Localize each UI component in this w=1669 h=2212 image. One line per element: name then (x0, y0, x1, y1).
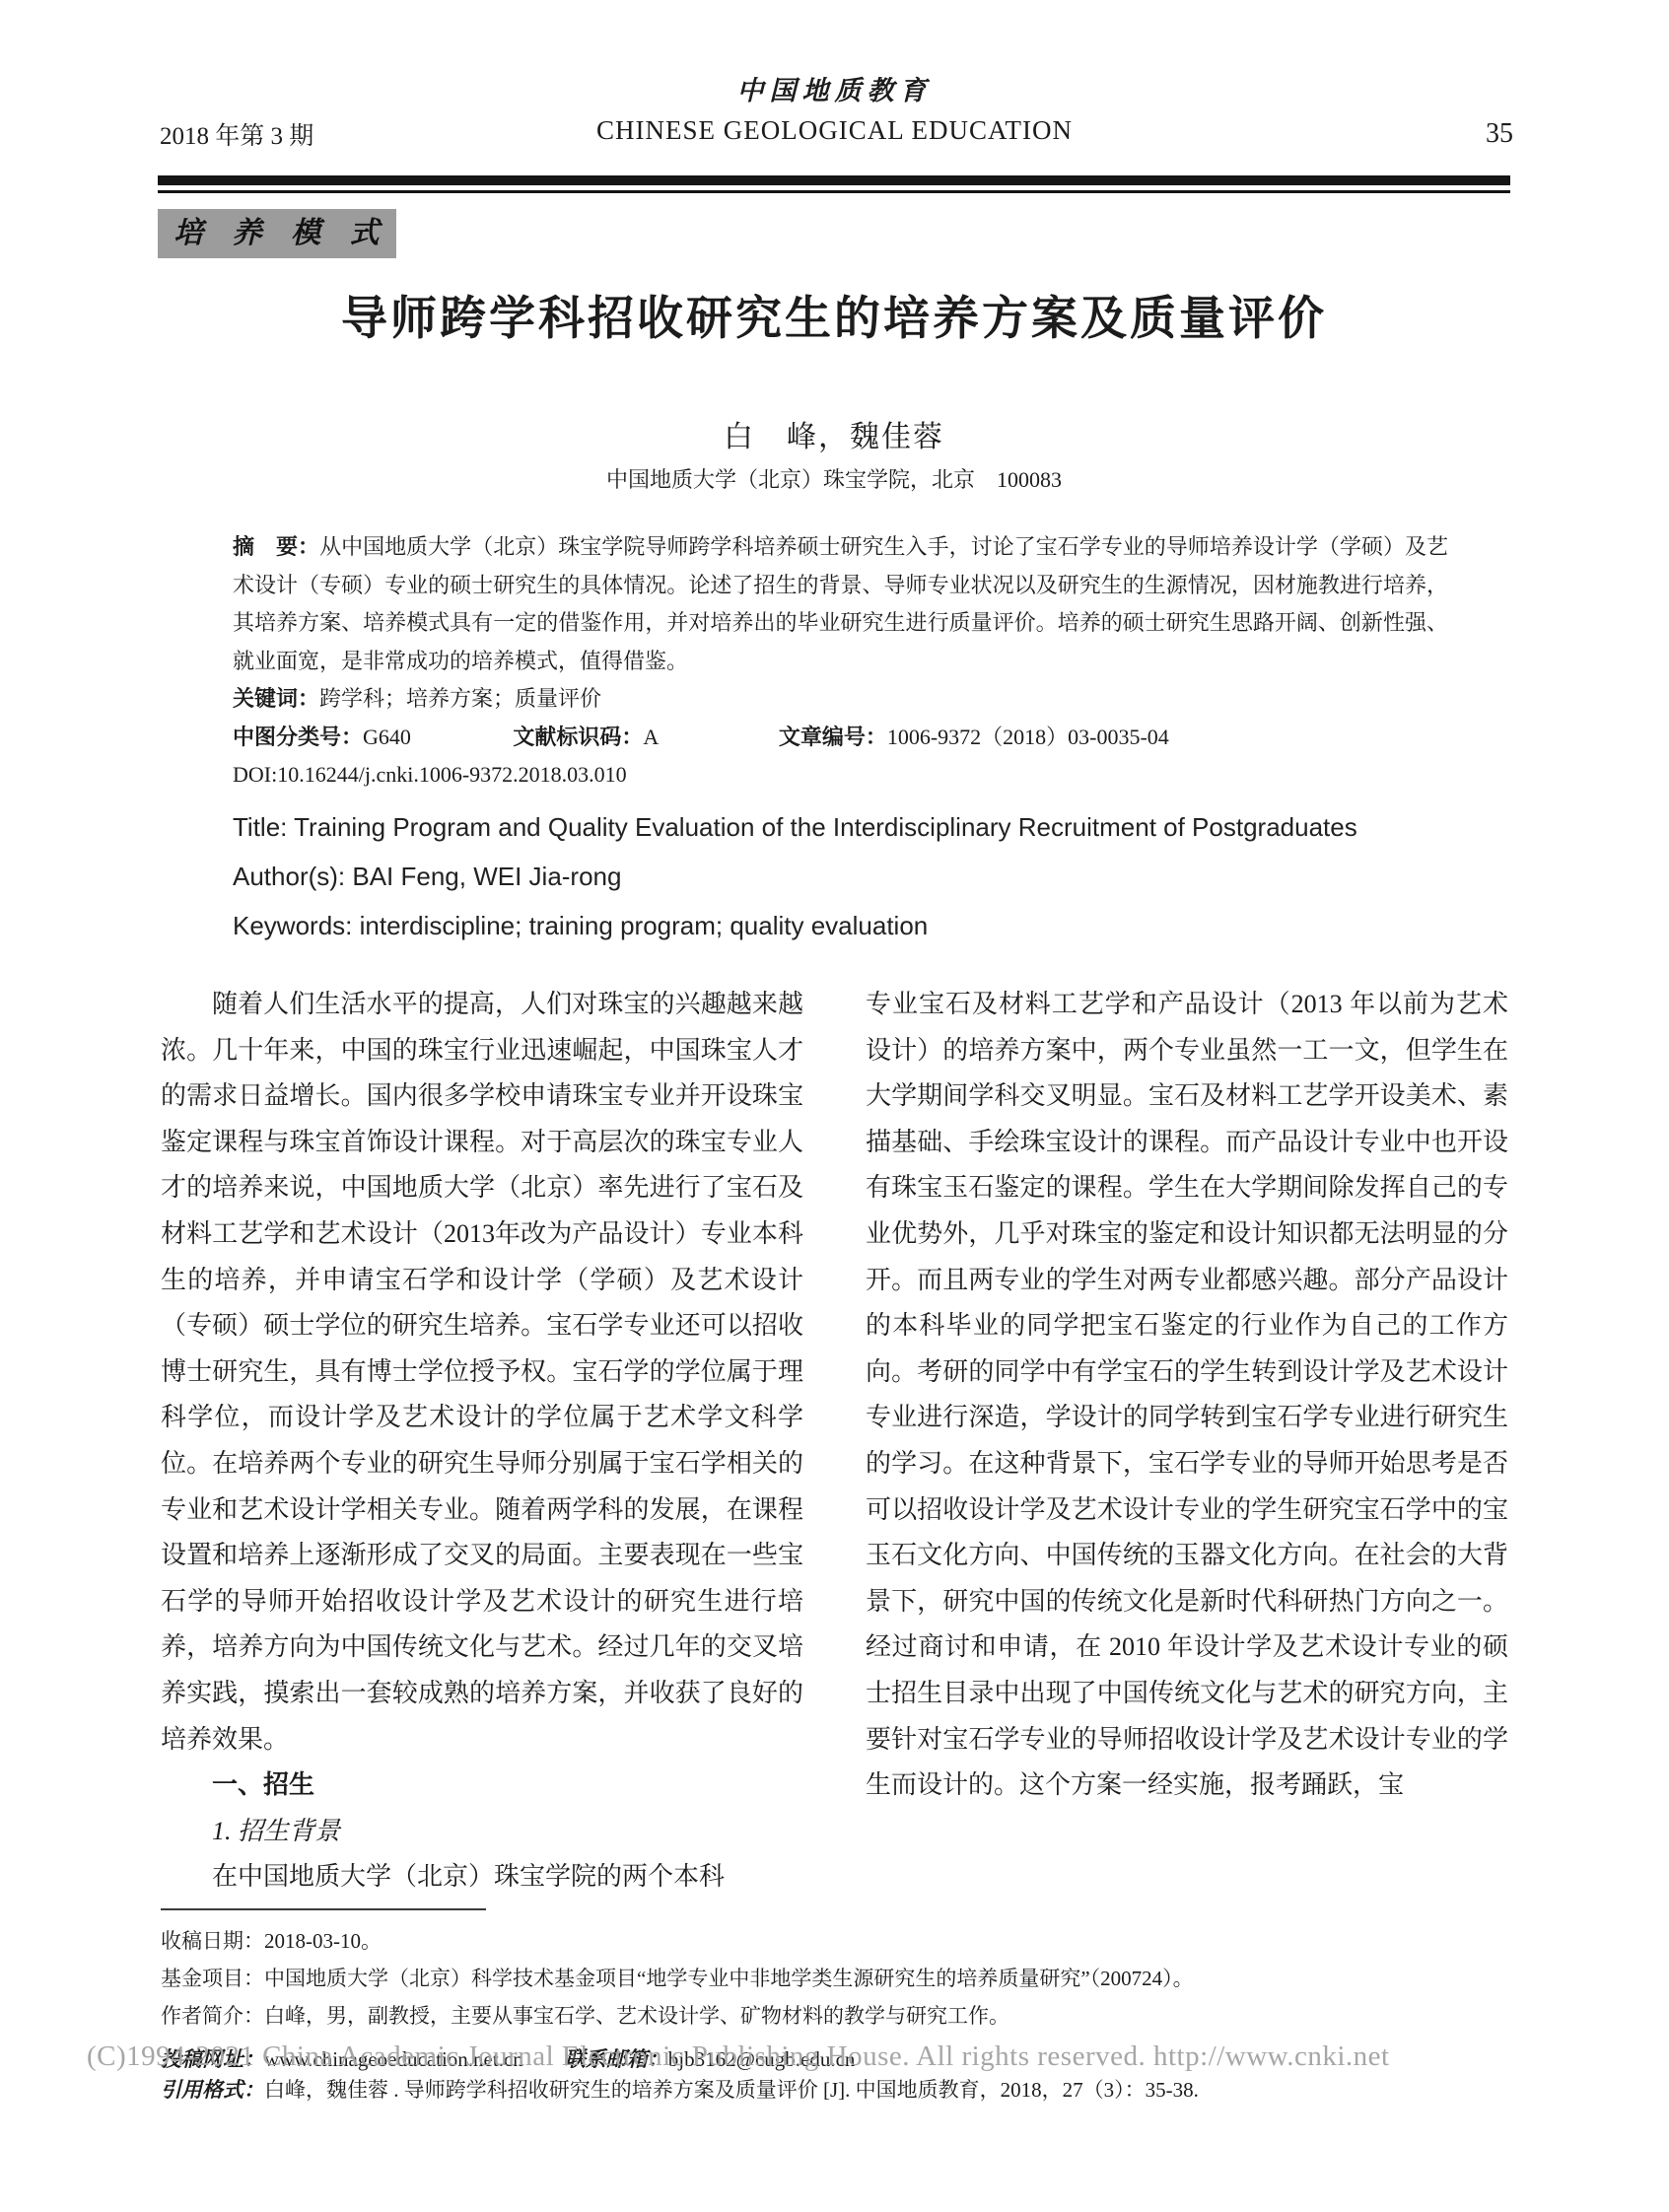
journal-title-en: CHINESE GEOLOGICAL EDUCATION (0, 115, 1669, 146)
received-label: 收稿日期： (161, 1929, 264, 1953)
doc-code-label: 文献标识码： (513, 725, 643, 749)
page-number: 35 (1486, 118, 1513, 150)
journal-masthead: 中国地质教育 CHINESE GEOLOGICAL EDUCATION (0, 69, 1669, 146)
english-keywords: Keywords: interdiscipline; training prog… (233, 901, 1448, 950)
keywords-label: 关键词： (233, 686, 319, 711)
footnote-fund: 基金项目：中国地质大学（北京）科学技术基金项目“地学专业中非地学类生源研究生的培… (161, 1960, 1513, 1997)
clc-segment: 中图分类号：G640 (233, 725, 411, 749)
paragraph: 在中国地质大学（北京）珠宝学院的两个本科 (161, 1854, 803, 1901)
journal-title-cn: 中国地质教育 (0, 69, 1669, 107)
keywords-line: 关键词：跨学科；培养方案；质量评价 (233, 680, 1448, 719)
subsection-heading: 1. 招生背景 (161, 1809, 803, 1855)
body-left-column: 随着人们生活水平的提高，人们对珠宝的兴趣越来越浓。几十年来，中国的珠宝行业迅速崛… (161, 982, 803, 1901)
bio-text: 白峰，男，副教授，主要从事宝石学、艺术设计学、矿物材料的教学与研究工作。 (264, 2004, 1009, 2028)
clc-label: 中图分类号： (233, 725, 363, 749)
footnote-separator (161, 1908, 486, 1910)
doc-code-segment: 文献标识码：A (513, 725, 659, 749)
header-rule-thin (158, 190, 1510, 193)
watermark: (C)1994-2021 China Academic Journal Elec… (87, 2040, 1615, 2073)
english-authors: Author(s): BAI Feng, WEI Jia-rong (233, 852, 1448, 901)
article-id-segment: 文章编号：1006-9372（2018）03-0035-04 (779, 725, 1169, 749)
footnote-received: 收稿日期：2018-03-10。 (161, 1922, 1513, 1960)
classification-line: 中图分类号：G640 文献标识码：A 文章编号：1006-9372（2018）0… (233, 719, 1448, 757)
paragraph: 随着人们生活水平的提高，人们对珠宝的兴趣越来越浓。几十年来，中国的珠宝行业迅速崛… (161, 982, 803, 1763)
article-meta-block: 摘 要：从中国地质大学（北京）珠宝学院导师跨学科培养硕士研究生入手，讨论了宝石学… (233, 528, 1448, 950)
article-id-value: 1006-9372（2018）03-0035-04 (887, 725, 1169, 749)
article-affiliation: 中国地质大学（北京）珠宝学院，北京 100083 (158, 463, 1510, 494)
citation-label: 引用格式： (161, 2078, 264, 2102)
citation-line: 引用格式：白峰，魏佳蓉 . 导师跨学科招收研究生的培养方案及质量评价 [J]. … (161, 2074, 1580, 2104)
abstract: 摘 要：从中国地质大学（北京）珠宝学院导师跨学科培养硕士研究生入手，讨论了宝石学… (233, 528, 1448, 680)
article-id-label: 文章编号： (779, 725, 887, 749)
abstract-text: 从中国地质大学（北京）珠宝学院导师跨学科培养硕士研究生入手，讨论了宝石学专业的导… (233, 534, 1448, 673)
footnote-bio: 作者简介：白峰，男，副教授，主要从事宝石学、艺术设计学、矿物材料的教学与研究工作… (161, 1997, 1513, 2035)
journal-page: 2018 年第 3 期 中国地质教育 CHINESE GEOLOGICAL ED… (0, 0, 1669, 2212)
doi-line: DOI:10.16244/j.cnki.1006-9372.2018.03.01… (233, 756, 1448, 795)
clc-value: G640 (363, 725, 411, 749)
fund-label: 基金项目： (161, 1967, 264, 1990)
fund-text: 中国地质大学（北京）科学技术基金项目“地学专业中非地学类生源研究生的培养质量研究… (264, 1967, 1194, 1990)
section-heading: 一、招生 (161, 1763, 803, 1809)
doc-code-value: A (643, 725, 659, 749)
bio-label: 作者简介： (161, 2004, 264, 2028)
citation-text: 白峰，魏佳蓉 . 导师跨学科招收研究生的培养方案及质量评价 [J]. 中国地质教… (264, 2078, 1199, 2102)
english-title: Title: Training Program and Quality Eval… (233, 802, 1448, 852)
category-badge: 培 养 模 式 (158, 209, 396, 258)
header-rule-thick (158, 175, 1510, 185)
keywords-text: 跨学科；培养方案；质量评价 (319, 686, 601, 711)
article-title: 导师跨学科招收研究生的培养方案及质量评价 (158, 282, 1510, 348)
article-authors: 白 峰，魏佳蓉 (158, 412, 1510, 455)
english-meta: Title: Training Program and Quality Eval… (233, 802, 1448, 950)
paragraph: 专业宝石及材料工艺学和产品设计（2013 年以前为艺术设计）的培养方案中，两个专… (866, 982, 1508, 1809)
received-date: 2018-03-10。 (264, 1929, 382, 1953)
body-right-column: 专业宝石及材料工艺学和产品设计（2013 年以前为艺术设计）的培养方案中，两个专… (866, 982, 1508, 1809)
abstract-label: 摘 要： (233, 534, 319, 559)
